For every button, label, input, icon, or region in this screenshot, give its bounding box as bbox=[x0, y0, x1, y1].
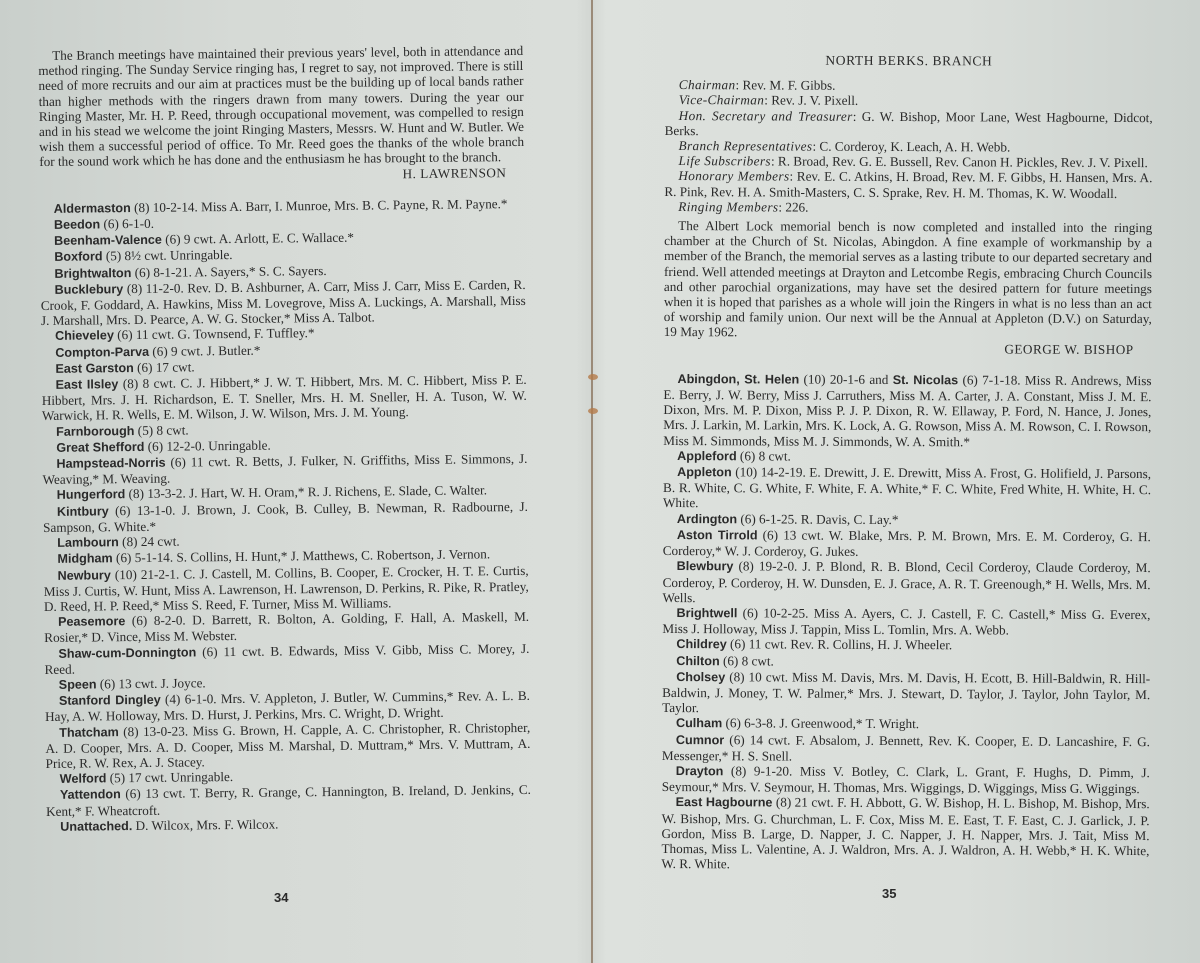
tower-entry: Aston Tirrold (6) 13 cwt. W. Blake, Mrs.… bbox=[663, 527, 1151, 561]
tower-entry: Shaw-cum-Donnington (6) 11 cwt. B. Edwar… bbox=[44, 640, 529, 676]
officers-list: Chairman: Rev. M. F. Gibbs. Vice-Chairma… bbox=[664, 77, 1153, 216]
tower-entry: Blewbury (8) 19-2-0. J. P. Blond, R. B. … bbox=[663, 558, 1151, 607]
tower-entry: Peasemore (6) 8-2-0. D. Barrett, R. Bolt… bbox=[44, 609, 529, 645]
branch-report: The Albert Lock memorial bench is now co… bbox=[664, 218, 1153, 342]
tower-entry: Cumnor (6) 14 cwt. F. Absalom, J. Bennet… bbox=[662, 732, 1150, 766]
officer-ringing-members: Ringing Members: 226. bbox=[664, 199, 1152, 216]
officer-secretary: Hon. Secretary and Treasurer: G. W. Bish… bbox=[665, 108, 1153, 141]
booklet-spread: The Branch meetings have maintained thei… bbox=[0, 0, 1200, 963]
tower-list: Abingdon, St. Helen (10) 20-1-6 and St. … bbox=[661, 371, 1151, 874]
tower-entry: Hampstead-Norris (6) 11 cwt. R. Betts, J… bbox=[42, 451, 527, 487]
book-gutter bbox=[591, 0, 593, 963]
tower-entry: Appleton (10) 14-2-19. E. Drewitt, J. E.… bbox=[663, 464, 1151, 513]
tower-entry: Newbury (10) 21-2-1. C. J. Castell, M. C… bbox=[44, 562, 529, 614]
tower-entry: Ardington (6) 6-1-25. R. Davis, C. Lay.* bbox=[663, 511, 1151, 529]
page-number-right: 35 bbox=[882, 886, 896, 901]
tower-entry: Thatcham (8) 13-0-23. Miss G. Brown, H. … bbox=[45, 719, 530, 771]
tower-entry: Brightwell (6) 10-2-25. Miss A. Ayers, C… bbox=[662, 605, 1150, 639]
tower-entry: Kintbury (6) 13-1-0. J. Brown, J. Cook, … bbox=[43, 499, 528, 535]
tower-entry: Yattendon (6) 13 cwt. T. Berry, R. Grang… bbox=[46, 782, 531, 818]
tower-entry: Stanford Dingley (4) 6-1-0. Mrs. V. Appl… bbox=[45, 688, 530, 724]
left-page: The Branch meetings have maintained thei… bbox=[38, 35, 531, 835]
tower-entry: East Ilsley (8) 8 cwt. C. J. Hibbert,* J… bbox=[42, 372, 527, 424]
tower-entry: East Hagbourne (8) 21 cwt. F. H. Abbott,… bbox=[661, 794, 1149, 873]
officer-honorary-members: Honorary Members: Rev. E. C. Atkins, H. … bbox=[664, 168, 1152, 201]
branch-heading: NORTH BERKS. BRANCH bbox=[665, 52, 1153, 69]
tower-entry: Drayton (8) 9-1-20. Miss V. Botley, C. C… bbox=[662, 763, 1150, 797]
right-page: NORTH BERKS. BRANCH Chairman: Rev. M. F.… bbox=[661, 40, 1153, 873]
tower-entry: Bucklebury (8) 11-2-0. Rev. D. B. Ashbur… bbox=[41, 277, 526, 329]
staple-mark bbox=[588, 408, 598, 414]
branch-report: The Branch meetings have maintained thei… bbox=[38, 43, 524, 170]
tower-entry: Abingdon, St. Helen (10) 20-1-6 and St. … bbox=[663, 371, 1151, 450]
tower-list: Aldermaston (8) 10-2-14. Miss A. Barr, I… bbox=[40, 196, 532, 835]
page-number-left: 34 bbox=[274, 890, 288, 905]
tower-entry: Cholsey (8) 10 cwt. Miss M. Davis, Mrs. … bbox=[662, 669, 1150, 718]
staple-mark bbox=[588, 374, 598, 380]
